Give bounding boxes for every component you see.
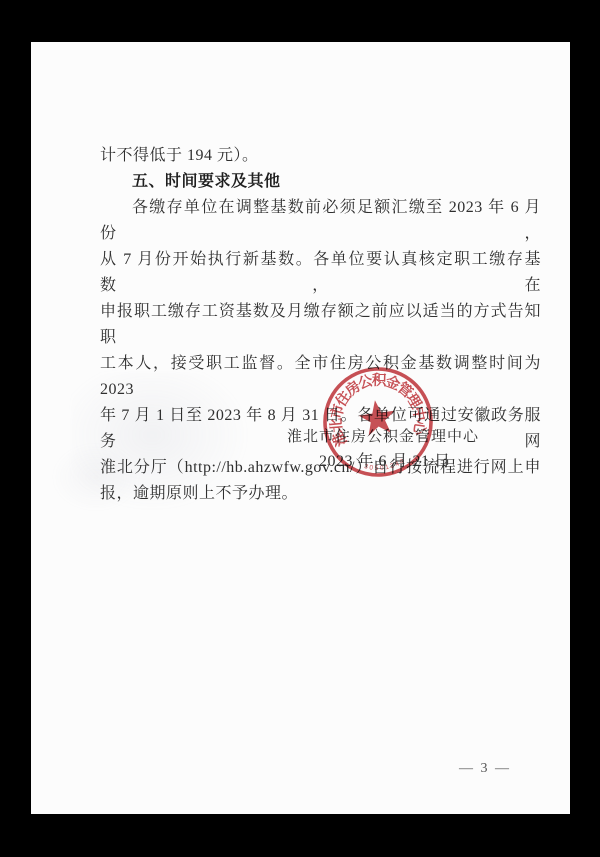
svg-text:4: 4 bbox=[399, 458, 406, 466]
svg-text:0: 0 bbox=[369, 464, 374, 472]
svg-text:心: 心 bbox=[410, 419, 430, 436]
seal-star-icon bbox=[357, 398, 398, 437]
page-number: — 3 — bbox=[459, 761, 511, 777]
body-continuation-line: 计不得低于 194 元）。 bbox=[100, 143, 541, 169]
svg-text:0: 0 bbox=[380, 465, 385, 472]
paragraph-line: 各缴存单位在调整基数前必须足额汇缴至 2023 年 6 月份， bbox=[100, 195, 541, 247]
paragraph-line: 申报职工缴存工资基数及月缴存额之前应以适当的方式告知职 bbox=[100, 299, 541, 351]
paragraph-line: 从 7 月份开始执行新基数。各单位要认真核定职工缴存基数，在 bbox=[100, 247, 541, 299]
official-red-seal: 淮北市住房公积金管理中心 30501244 bbox=[303, 347, 453, 497]
svg-text:5: 5 bbox=[375, 465, 379, 472]
scanned-document-view: { "colors": { "background": "#000000", "… bbox=[0, 0, 600, 857]
paper-page: 计不得低于 194 元）。 五、时间要求及其他 各缴存单位在调整基数前必须足额汇… bbox=[31, 42, 570, 814]
section-heading: 五、时间要求及其他 bbox=[100, 169, 541, 195]
